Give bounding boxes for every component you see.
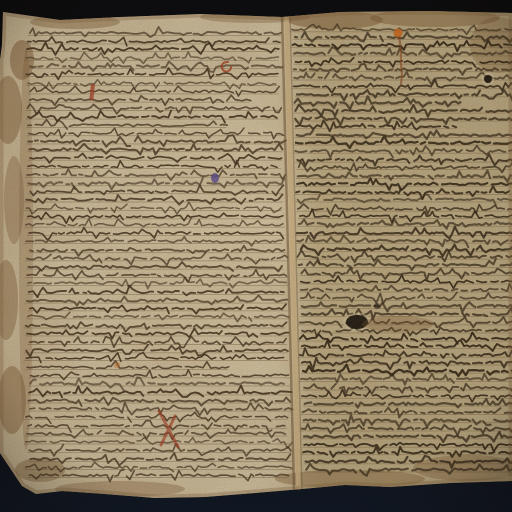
- vignette: [0, 0, 512, 512]
- manuscript-photo: Photograph of an ancient two-page parchm…: [0, 0, 512, 512]
- manuscript-scene: [0, 0, 512, 512]
